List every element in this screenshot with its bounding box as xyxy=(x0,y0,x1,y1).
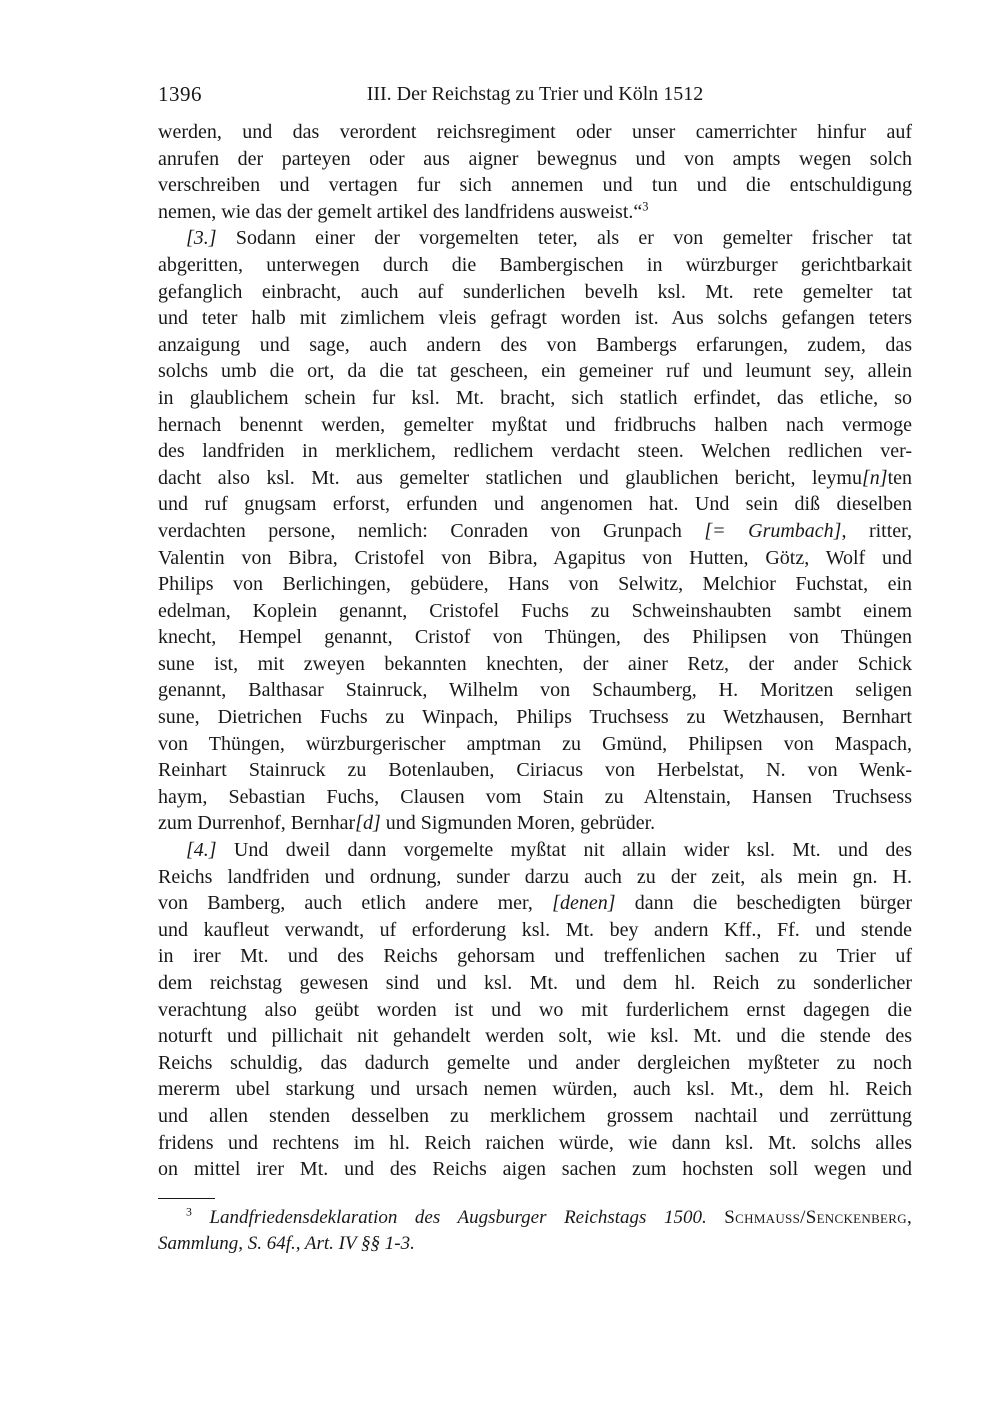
text-line: des landfriden in merklichem, redlichem … xyxy=(158,438,912,465)
text-segment xyxy=(192,1207,210,1228)
text-segment: gefanglich einbracht, auch auf sunderlic… xyxy=(158,281,912,303)
text-segment: anzaigung und sage, auch andern des von … xyxy=(158,334,912,356)
text-segment: dacht also ksl. Mt. aus gemelter statlic… xyxy=(158,467,862,489)
text-segment: Schmauss/Senckenberg, xyxy=(724,1207,912,1228)
text-line: sune, Dietrichen Fuchs zu Winpach, Phili… xyxy=(158,704,912,731)
text-segment: solchs umb die ort, da die tat gescheen,… xyxy=(158,360,912,382)
text-segment: zum Durrenhof, Bernhar xyxy=(158,812,355,834)
text-line: Philips von Berlichingen, gebüdere, Hans… xyxy=(158,571,912,598)
text-segment: noturft und pillichait nit gehandelt wer… xyxy=(158,1025,912,1047)
text-line: nemen, wie das der gemelt artikel des la… xyxy=(158,199,912,226)
text-segment: edelman, Koplein genannt, Cristofel Fuch… xyxy=(158,600,912,622)
text-line: knecht, Hempel genannt, Cristof von Thün… xyxy=(158,624,912,651)
text-line: Reichs schuldig, das dadurch gemelte und… xyxy=(158,1050,912,1077)
text-line: in glaublichem schein fur ksl. Mt. brach… xyxy=(158,385,912,412)
text-line: 3 Landfriedensdeklaration des Augsburger… xyxy=(158,1205,912,1231)
paragraph: werden, und das verordent reichsregiment… xyxy=(158,119,912,225)
text-line: mererm ubel starkung und ursach nemen wü… xyxy=(158,1076,912,1103)
footnote-rule xyxy=(158,1198,215,1199)
text-line: von Bamberg, auch etlich andere mer, [de… xyxy=(158,890,912,917)
text-line: verachtung also geübt worden ist und wo … xyxy=(158,997,912,1024)
text-line: Sammlung, S. 64f., Art. IV §§ 1-3. xyxy=(158,1231,912,1257)
text-line: fridens und rechtens im hl. Reich raiche… xyxy=(158,1130,912,1157)
text-segment: [= Grumbach] xyxy=(704,520,841,542)
text-segment: genannt, Balthasar Stainruck, Wilhelm vo… xyxy=(158,679,912,701)
text-line: und allen stenden desselben zu merkliche… xyxy=(158,1103,912,1130)
paragraph: [3.] Sodann einer der vorgemelten teter,… xyxy=(158,225,912,837)
text-line: on mittel irer Mt. und des Reichs aigen … xyxy=(158,1156,912,1183)
text-segment: Sodann einer der vorgemelten teter, als … xyxy=(217,227,912,249)
text-line: [3.] Sodann einer der vorgemelten teter,… xyxy=(158,225,912,252)
text-segment: und allen stenden desselben zu merkliche… xyxy=(158,1105,912,1127)
text-segment: hernach benennt werden, gemelter myßtat … xyxy=(158,414,912,436)
text-segment: verdachten persone, nemlich: Conraden vo… xyxy=(158,520,704,542)
book-page: 1396 III. Der Reichstag zu Trier und Köl… xyxy=(0,0,1004,1418)
text-segment: in irer Mt. und des Reichs gehorsam und … xyxy=(158,945,912,967)
text-line: und teter halb mit zimlichem vleis gefra… xyxy=(158,305,912,332)
text-line: gefanglich einbracht, auch auf sunderlic… xyxy=(158,279,912,306)
text-segment: verschreiben und vertagen fur sich annem… xyxy=(158,174,912,196)
text-line: Reichs landfriden und ordnung, sunder da… xyxy=(158,864,912,891)
text-line: verschreiben und vertagen fur sich annem… xyxy=(158,172,912,199)
text-segment: haym, Sebastian Fuchs, Clausen vom Stain… xyxy=(158,786,912,808)
text-segment: [d] xyxy=(355,812,381,834)
text-segment: [n] xyxy=(862,467,888,489)
text-segment: Reichs schuldig, das dadurch gemelte und… xyxy=(158,1052,912,1074)
text-segment: sune, Dietrichen Fuchs zu Winpach, Phili… xyxy=(158,706,912,728)
text-segment: sune ist, mit zweyen bekannten knechten,… xyxy=(158,653,912,675)
text-line: [4.] Und dweil dann vorgemelte myßtat ni… xyxy=(158,837,912,864)
text-line: werden, und das verordent reichsregiment… xyxy=(158,119,912,146)
text-line: anrufen der parteyen oder aus aigner bew… xyxy=(158,146,912,173)
text-segment: Landfriedensdeklaration des Augsburger R… xyxy=(209,1207,706,1228)
text-segment: von Bamberg, auch etlich andere mer, xyxy=(158,892,552,914)
page-header: 1396 III. Der Reichstag zu Trier und Köl… xyxy=(158,82,912,110)
text-segment: und teter halb mit zimlichem vleis gefra… xyxy=(158,307,912,329)
text-line: anzaigung und sage, auch andern des von … xyxy=(158,332,912,359)
text-segment: Valentin von Bibra, Cristofel von Bibra,… xyxy=(158,547,912,569)
text-segment: verachtung also geübt worden ist und wo … xyxy=(158,999,912,1021)
text-segment: des landfriden in merklichem, redlichem … xyxy=(158,440,912,462)
body-text: werden, und das verordent reichsregiment… xyxy=(158,119,912,1183)
text-segment: Reichs landfriden und ordnung, sunder da… xyxy=(158,866,912,888)
text-segment: anrufen der parteyen oder aus aigner bew… xyxy=(158,148,912,170)
text-segment: [3.] xyxy=(186,227,217,249)
text-segment: mererm ubel starkung und ursach nemen wü… xyxy=(158,1078,912,1100)
text-line: verdachten persone, nemlich: Conraden vo… xyxy=(158,518,912,545)
footnote-marker: 3 xyxy=(642,199,648,213)
running-title: III. Der Reichstag zu Trier und Köln 151… xyxy=(158,83,912,106)
text-line: dacht also ksl. Mt. aus gemelter statlic… xyxy=(158,465,912,492)
text-segment: Und dweil dann vorgemelte myßtat nit all… xyxy=(217,839,912,861)
footnote-marker: 3 xyxy=(186,1206,192,1219)
text-segment: Philips von Berlichingen, gebüdere, Hans… xyxy=(158,573,912,595)
text-segment: abgeritten, unterwegen durch die Bamberg… xyxy=(158,254,912,276)
text-line: von Thüngen, würzburgerischer amptman zu… xyxy=(158,731,912,758)
text-line: hernach benennt werden, gemelter myßtat … xyxy=(158,412,912,439)
text-line: dem reichstag gewesen sind und ksl. Mt. … xyxy=(158,970,912,997)
text-segment xyxy=(707,1207,725,1228)
text-segment: [4.] xyxy=(186,839,217,861)
text-segment: und ruf gnugsam erforst, erfunden und an… xyxy=(158,493,912,515)
text-line: noturft und pillichait nit gehandelt wer… xyxy=(158,1023,912,1050)
paragraph: [4.] Und dweil dann vorgemelte myßtat ni… xyxy=(158,837,912,1183)
text-line: Reinhart Stainruck zu Botenlauben, Ciria… xyxy=(158,757,912,784)
text-line: und kaufleut verwandt, uf erforderung ks… xyxy=(158,917,912,944)
text-segment: ten xyxy=(888,467,912,489)
text-segment: [denen] xyxy=(552,892,615,914)
text-segment: dann die beschedigten bürger xyxy=(615,892,912,914)
text-segment: fridens und rechtens im hl. Reich raiche… xyxy=(158,1132,912,1154)
text-segment: und kaufleut verwandt, uf erforderung ks… xyxy=(158,919,912,941)
text-segment: , ritter, xyxy=(841,520,912,542)
text-segment: Sammlung, S. 64f., Art. IV §§ 1-3. xyxy=(158,1233,415,1254)
text-segment: knecht, Hempel genannt, Cristof von Thün… xyxy=(158,626,912,648)
text-segment: werden, und das verordent reichsregiment… xyxy=(158,121,912,143)
text-line: genannt, Balthasar Stainruck, Wilhelm vo… xyxy=(158,677,912,704)
text-segment: nemen, wie das der gemelt artikel des la… xyxy=(158,201,642,223)
text-line: haym, Sebastian Fuchs, Clausen vom Stain… xyxy=(158,784,912,811)
text-line: Valentin von Bibra, Cristofel von Bibra,… xyxy=(158,545,912,572)
footnote-lines: 3 Landfriedensdeklaration des Augsburger… xyxy=(158,1205,912,1256)
text-segment: Reinhart Stainruck zu Botenlauben, Ciria… xyxy=(158,759,912,781)
text-line: abgeritten, unterwegen durch die Bamberg… xyxy=(158,252,912,279)
text-segment: dem reichstag gewesen sind und ksl. Mt. … xyxy=(158,972,912,994)
text-line: und ruf gnugsam erforst, erfunden und an… xyxy=(158,491,912,518)
text-line: zum Durrenhof, Bernhar[d] und Sigmunden … xyxy=(158,810,912,837)
footnote: 3 Landfriedensdeklaration des Augsburger… xyxy=(158,1198,912,1256)
text-segment: und Sigmunden Moren, gebrüder. xyxy=(381,812,655,834)
text-line: in irer Mt. und des Reichs gehorsam und … xyxy=(158,943,912,970)
text-line: edelman, Koplein genannt, Cristofel Fuch… xyxy=(158,598,912,625)
text-line: sune ist, mit zweyen bekannten knechten,… xyxy=(158,651,912,678)
text-segment: in glaublichem schein fur ksl. Mt. brach… xyxy=(158,387,912,409)
text-line: solchs umb die ort, da die tat gescheen,… xyxy=(158,358,912,385)
text-segment: von Thüngen, würzburgerischer amptman zu… xyxy=(158,733,912,755)
text-segment: on mittel irer Mt. und des Reichs aigen … xyxy=(158,1158,912,1180)
